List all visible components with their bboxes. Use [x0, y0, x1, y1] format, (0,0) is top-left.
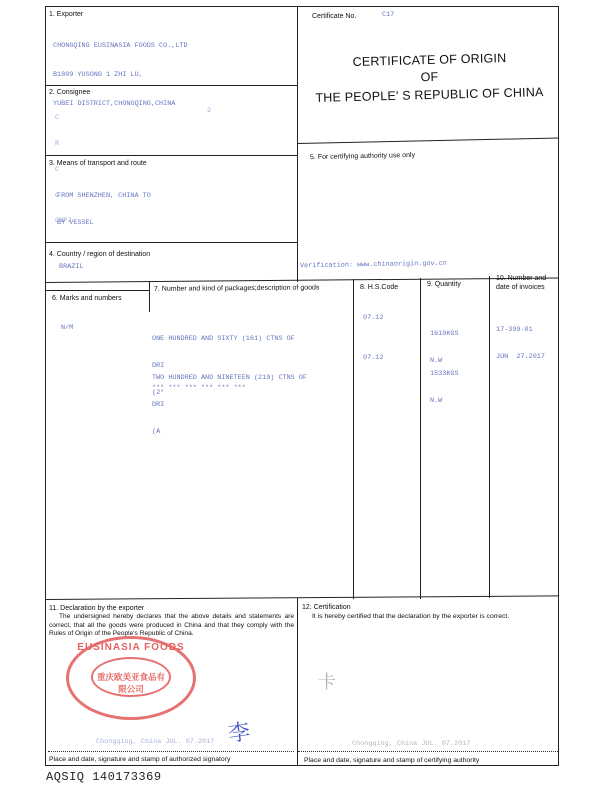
- certification-footer: Place and date, signature and stamp of c…: [304, 756, 479, 765]
- certificate-header: Certificate No. C17 CERTIFICATE OF ORIGI…: [300, 8, 559, 138]
- exporter-label: 1. Exporter: [49, 10, 294, 19]
- col-packages-header: 7. Number and kind of packages;descripti…: [154, 283, 352, 294]
- consignee-line: R: [55, 140, 294, 149]
- authority-signature: 卡: [318, 668, 336, 694]
- aqsiq-number: AQSIQ 140173369: [46, 770, 162, 784]
- col-invoice-header: 10. Number and date of invoices: [496, 274, 556, 292]
- divider: [297, 598, 298, 766]
- transport-box: 3. Means of transport and route FROM SHE…: [49, 159, 294, 246]
- description-line: (A: [152, 428, 307, 437]
- goods-item-1-hs-code: 07.12: [363, 314, 383, 324]
- description-line: TWO HUNDRED AND NINETEEN (219) CTNS OF: [152, 374, 307, 383]
- destination-box: 4. Country / region of destination BRAZI…: [49, 250, 294, 273]
- certification-box: 12. Certification It is hereby certified…: [302, 603, 557, 621]
- certification-place-date: Chongqing, China JUL. 07.2017: [352, 740, 470, 750]
- exporter-line: CHONGQING EUSINASIA FOODS CO.,LTD: [53, 42, 294, 52]
- transport-line: BY VESSEL: [57, 219, 294, 228]
- consignee-line: C: [55, 114, 294, 123]
- quantity-line: N.W: [430, 397, 459, 406]
- signature-line: [48, 751, 294, 752]
- authority-label: 5. For certifying authority use only: [310, 151, 415, 162]
- invoice-number: 17-399-01: [496, 326, 545, 335]
- invoice-date: JUN 27.2017: [496, 353, 545, 362]
- certificate-no-value: C17: [382, 11, 394, 21]
- description-line: ONE HUNDRED AND SIXTY (161) CTNS OF: [152, 335, 295, 344]
- declaration-text: The undersigned hereby declares that the…: [49, 613, 294, 639]
- stamp-english-text: EUSINASIA FOODS: [69, 642, 193, 653]
- company-stamp: EUSINASIA FOODS 重庆欧美亚食品有限公司: [66, 636, 196, 720]
- goods-item-2-hs-code: 07.12: [363, 354, 383, 364]
- transport-label: 3. Means of transport and route: [49, 159, 294, 168]
- certificate-no-label: Certificate No.: [312, 12, 356, 21]
- destination-value: BRAZIL: [59, 263, 294, 273]
- declaration-footer: Place and date, signature and stamp of a…: [49, 755, 230, 764]
- divider: [149, 282, 150, 312]
- goods-item-2-quantity: 1533KGS N.W: [430, 352, 459, 415]
- goods-item-2-description: TWO HUNDRED AND NINETEEN (219) CTNS OF D…: [152, 356, 307, 446]
- description-line: DRI: [152, 401, 307, 410]
- certification-text: It is hereby certified that the declarat…: [312, 612, 557, 621]
- divider: [45, 290, 149, 291]
- divider: [353, 279, 354, 599]
- stamp-inner-ring: 重庆欧美亚食品有限公司: [91, 657, 171, 697]
- signature-line: [298, 751, 558, 752]
- consignee-extra: 2: [207, 107, 211, 117]
- authority-box: 5. For certifying authority use only Ver…: [300, 148, 559, 278]
- declaration-label: 11. Declaration by the exporter: [49, 604, 294, 613]
- marks-value: N/M: [61, 324, 73, 334]
- col-marks-header: 6. Marks and numbers: [52, 294, 147, 303]
- transport-line: FROM SHENZHEN, CHINA TO: [57, 192, 294, 201]
- declaration-box: 11. Declaration by the exporter The unde…: [49, 604, 294, 639]
- exporter-signature: 李: [226, 715, 252, 749]
- quantity-line: 1610KGS: [430, 330, 459, 339]
- divider: [297, 6, 298, 282]
- transport-route: FROM SHENZHEN, CHINA TO BY VESSEL: [57, 174, 294, 246]
- divider: [420, 278, 421, 599]
- declaration-place-date: Chongqing, China JUL. 07.2017: [96, 738, 214, 748]
- quantity-line: 1533KGS: [430, 370, 459, 379]
- consignee-label: 2. Consignee: [49, 88, 294, 97]
- verification-link: Verification: www.chinaorigin.gov.cn: [300, 260, 447, 272]
- destination-label: 4. Country / region of destination: [49, 250, 294, 259]
- goods-end-marker: *** *** *** *** *** ***: [152, 384, 246, 394]
- col-quantity-header: 9. Quantity: [427, 280, 487, 289]
- certification-label: 12. Certification: [302, 603, 557, 612]
- invoice-value: 17-399-01 JUN 27.2017: [496, 308, 545, 371]
- divider: [489, 276, 490, 598]
- stamp-chinese-text: 重庆欧美亚食品有限公司: [93, 671, 169, 695]
- col-hs-header: 8. H.S.Code: [360, 283, 418, 292]
- exporter-line: B1809 YUSONG 1 ZHI LU,: [53, 71, 294, 81]
